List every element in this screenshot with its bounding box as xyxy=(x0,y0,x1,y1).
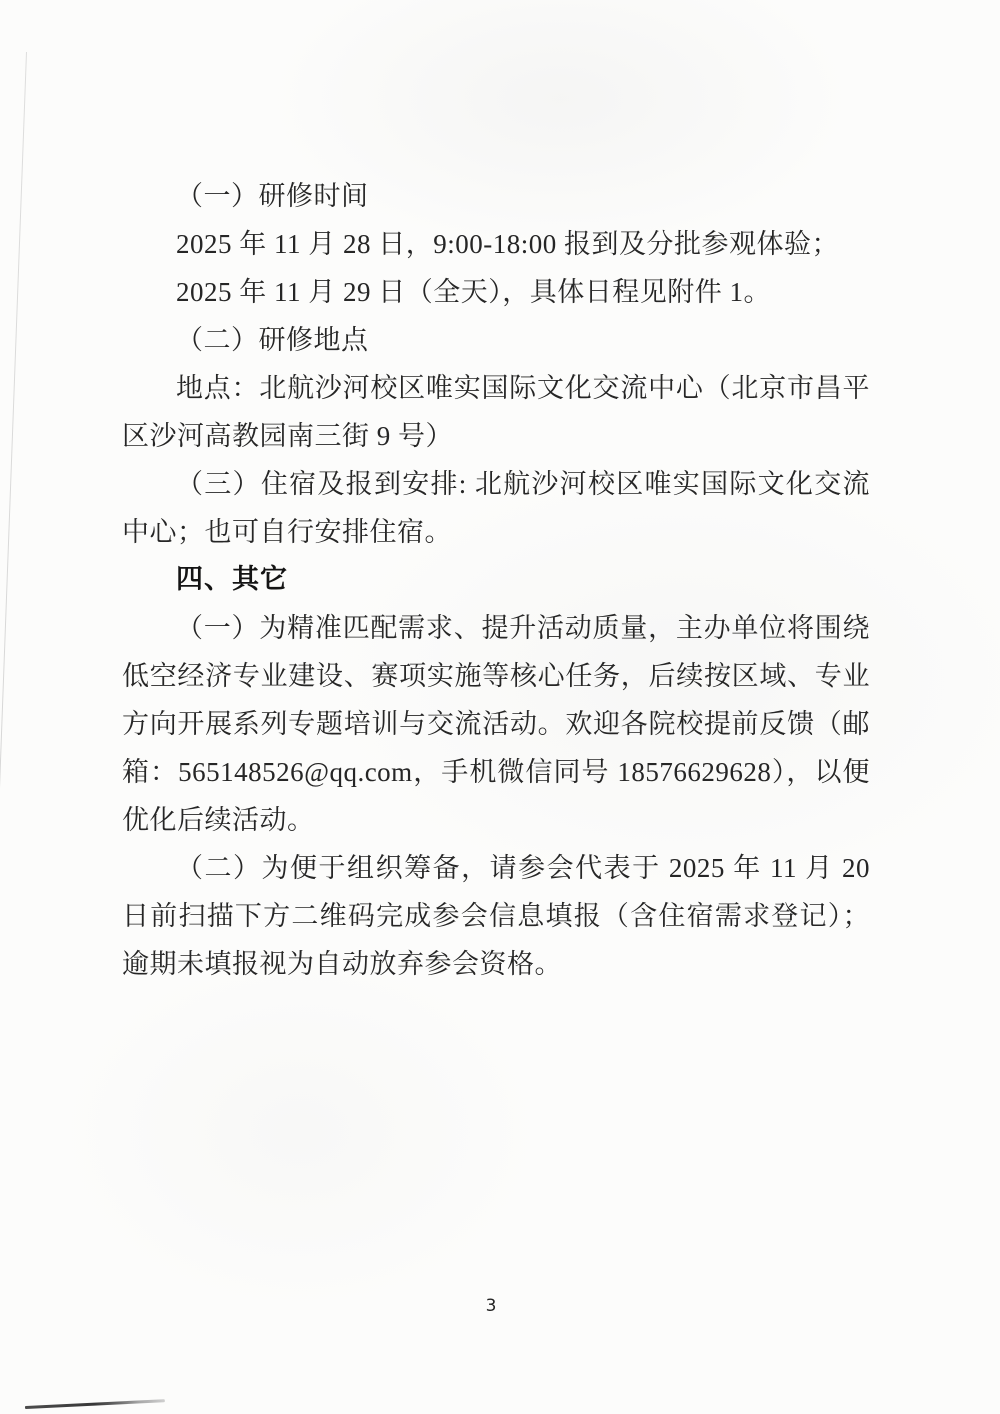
paper-edge-shadow xyxy=(25,1399,165,1409)
paragraph: 地点：北航沙河校区唯实国际文化交流中心（北京市昌平区沙河高教园南三街 9 号） xyxy=(122,364,870,460)
document-body: （一）研修时间2025 年 11 月 28 日，9:00-18:00 报到及分批… xyxy=(122,172,870,988)
page-number: 3 xyxy=(0,1296,982,1316)
paragraph: （二）研修地点 xyxy=(122,316,870,364)
paragraph: （三）住宿及报到安排: 北航沙河校区唯实国际文化交流中心；也可自行安排住宿。 xyxy=(122,460,870,556)
scanned-document-page: （一）研修时间2025 年 11 月 28 日，9:00-18:00 报到及分批… xyxy=(0,0,1000,1414)
paragraph: 2025 年 11 月 28 日，9:00-18:00 报到及分批参观体验； xyxy=(122,220,870,268)
paragraph: （二）为便于组织筹备，请参会代表于 2025 年 11 月 20 日前扫描下方二… xyxy=(122,844,870,988)
section-heading: 四、其它 xyxy=(122,556,870,604)
paragraph: 2025 年 11 月 29 日（全天），具体日程见附件 1。 xyxy=(122,268,870,316)
paper-edge-line xyxy=(0,52,27,1411)
paragraph: （一）为精准匹配需求、提升活动质量，主办单位将围绕低空经济专业建设、赛项实施等核… xyxy=(122,604,870,844)
paragraph: （一）研修时间 xyxy=(122,172,870,220)
